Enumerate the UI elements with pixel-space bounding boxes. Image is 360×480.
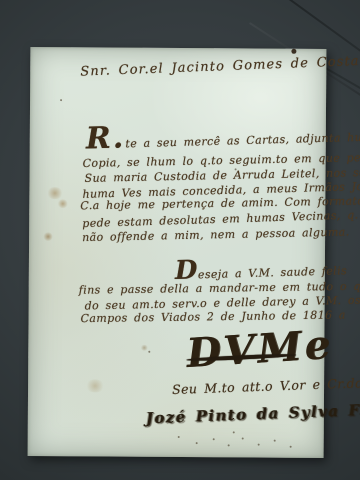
ink-spatter xyxy=(258,444,260,446)
letter-body-line: R.te a seu mercê as Cartas, adjunta huma xyxy=(85,114,360,157)
letter-addressee-line: Snr. Cor.el Jacinto Gomes de Costa xyxy=(80,55,360,81)
signature: Jozé Pinto da Sylva F.co xyxy=(146,401,360,428)
ink-spatter xyxy=(178,436,180,438)
ink-spatter xyxy=(274,440,276,442)
ink-dot xyxy=(291,49,296,54)
ink-spatter xyxy=(148,351,150,353)
ink-spatter xyxy=(290,446,292,448)
paper-speck xyxy=(235,168,237,170)
ink-spatter xyxy=(196,442,198,444)
foxing-stain xyxy=(57,199,68,208)
foxing-stain xyxy=(85,379,105,392)
letter-paper: Snr. Cor.el Jacinto Gomes de Costa R.te … xyxy=(28,47,327,458)
courtesy-signoff-line: Seu M.to att.o V.or e Cr.do xyxy=(172,376,360,397)
rubric-flourish: DVMe xyxy=(185,322,334,377)
ink-spatter xyxy=(242,437,244,439)
scan-photo: Snr. Cor.el Jacinto Gomes de Costa R.te … xyxy=(0,0,360,480)
foxing-stain xyxy=(46,187,63,199)
ink-spatter xyxy=(213,438,215,440)
ink-spatter xyxy=(233,431,235,433)
ink-smudge xyxy=(140,345,148,351)
foxing-stain xyxy=(43,232,53,241)
ink-spatter xyxy=(228,444,230,446)
paper-speck xyxy=(60,99,62,101)
